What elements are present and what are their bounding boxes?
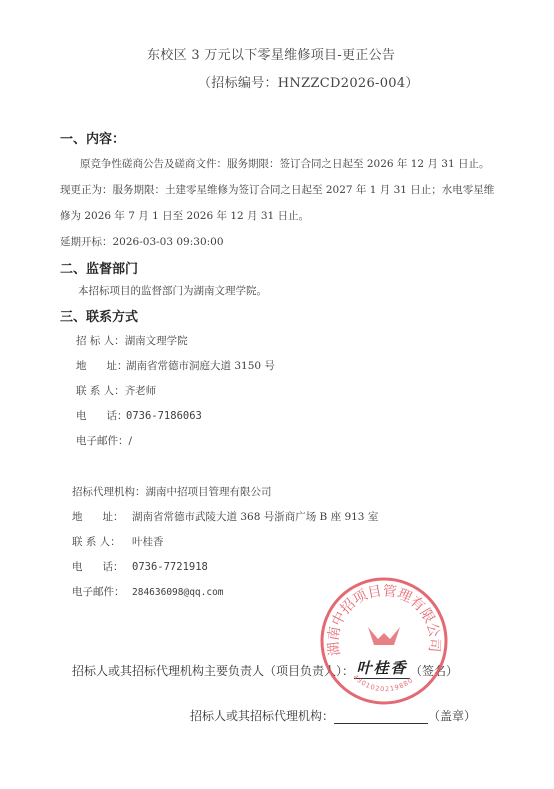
seal-note: （盖章） (428, 709, 476, 723)
agency-address-label: 地 址： (72, 509, 132, 524)
handwritten-signature: 叶桂香 (354, 657, 410, 679)
seal-blank-line (334, 709, 428, 724)
content-line-corrected: 现更正为：服务期限：土建零星维修为签订合同之日起至 2027 年 1 月 31 … (60, 182, 494, 197)
tenderer-email-row: 电子邮件：/ (76, 433, 132, 448)
section-heading-contact: 三、联系方式 (60, 306, 138, 325)
agency-phone: 0736-7721918 (132, 561, 208, 573)
responsible-label: 招标人或其招标代理机构主要负责人（项目负责人）： (72, 664, 354, 678)
agency-phone-label: 电 话： (72, 559, 132, 574)
company-seal-icon: 湖南中招项目管理有限公司 4301020219880 (318, 575, 450, 707)
document-page: 东校区 3 万元以下零星维修项目-更正公告 （招标编号：HNZZCD2026-0… (0, 0, 554, 789)
content-line-corrected-cont: 修为 2026 年 7 月 1 日至 2026 年 12 月 31 日止。 (60, 208, 309, 223)
tenderer-email-label: 电子邮件： (76, 433, 129, 448)
tenderer-address-label: 地 址： (76, 358, 126, 373)
tender-number: （招标编号：HNZZCD2026-004） (198, 72, 419, 91)
tenderer-contact: 齐老师 (125, 385, 157, 397)
tenderer-address: 湖南省常德市洞庭大道 3150 号 (126, 360, 275, 372)
agency-email: 284636098@qq.com (132, 587, 224, 598)
content-line-original: 原竞争性磋商公告及磋商文件：服务期限：签订合同之日起至 2026 年 12 月 … (80, 156, 489, 171)
agency-name: 湖南中招项目管理有限公司 (146, 486, 272, 498)
tenderer-name: 湖南文理学院 (125, 335, 188, 347)
tenderer-contact-label: 联 系 人： (76, 383, 125, 398)
tenderer-address-row: 地 址：湖南省常德市洞庭大道 3150 号 (76, 358, 275, 373)
tenderer-name-label: 招 标 人： (76, 333, 125, 348)
agency-address-row: 地 址：湖南省常德市武陵大道 368 号浙商广场 B 座 913 室 (72, 509, 378, 524)
agency-contact: 叶桂香 (132, 536, 164, 548)
section-heading-content: 一、内容： (60, 128, 125, 147)
tenderer-phone-row: 电 话：0736-7186063 (76, 408, 202, 423)
agency-address: 湖南省常德市武陵大道 368 号浙商广场 B 座 913 室 (132, 511, 378, 523)
tenderer-name-row: 招 标 人：湖南文理学院 (76, 333, 188, 348)
agency-phone-row: 电 话：0736-7721918 (72, 559, 208, 574)
section-heading-supervision: 二、监督部门 (60, 258, 138, 277)
tenderer-phone: 0736-7186063 (126, 410, 202, 422)
tenderer-contact-row: 联 系 人：齐老师 (76, 383, 156, 398)
org-label: 招标人或其招标代理机构： (190, 709, 334, 723)
agency-name-label: 招标代理机构： (72, 484, 146, 499)
organization-seal-row: 招标人或其招标代理机构：（盖章） (190, 707, 476, 724)
agency-email-label: 电子邮件： (72, 584, 132, 599)
sign-note: （签名） (410, 664, 458, 678)
agency-name-row: 招标代理机构：湖南中招项目管理有限公司 (72, 484, 272, 499)
supervision-line: 本招标项目的监督部门为湖南文理学院。 (78, 283, 267, 298)
responsible-person-row: 招标人或其招标代理机构主要负责人（项目负责人）：叶桂香（签名） (72, 657, 458, 679)
agency-email-row: 电子邮件：284636098@qq.com (72, 584, 224, 599)
agency-contact-row: 联 系 人：叶桂香 (72, 534, 164, 549)
agency-contact-label: 联 系 人： (72, 534, 132, 549)
document-title: 东校区 3 万元以下零星维修项目-更正公告 (147, 44, 395, 63)
tenderer-email: / (129, 435, 133, 447)
stamp-company-text: 湖南中招项目管理有限公司 (325, 583, 443, 657)
delayed-opening-line: 延期开标：2026-03-03 09:30:00 (60, 234, 224, 249)
tenderer-phone-label: 电 话： (76, 408, 126, 423)
